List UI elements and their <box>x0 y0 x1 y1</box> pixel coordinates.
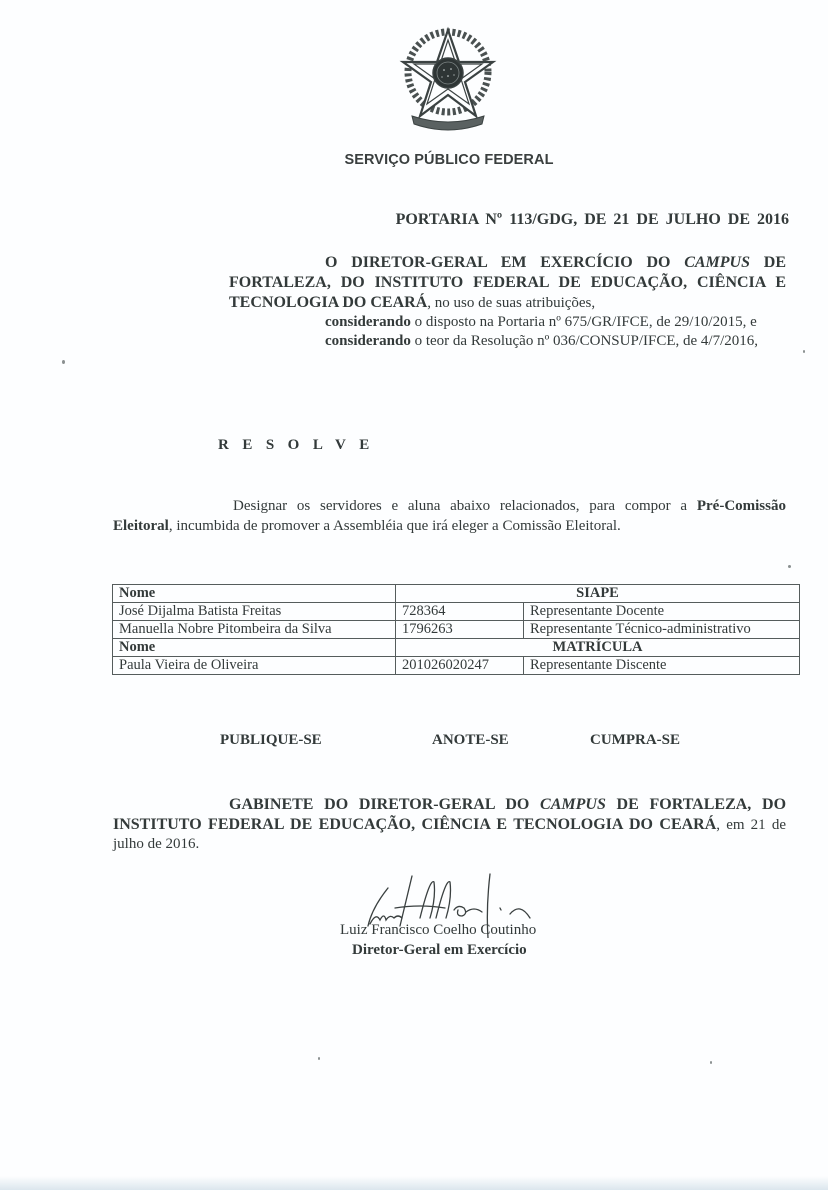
table-row: Paula Vieira de Oliveira 201026020247 Re… <box>113 657 800 675</box>
preamble: O DIRETOR-GERAL EM EXERCÍCIO DO CAMPUS D… <box>229 253 786 351</box>
considering-2-label: considerando <box>325 333 411 349</box>
closing-office: GABINETE DO DIRETOR-GERAL DO <box>229 796 540 813</box>
table-row: José Dijalma Batista Freitas 728364 Repr… <box>113 603 800 621</box>
authority-rest: , no uso de suas atribuições, <box>427 295 595 311</box>
members-table: Nome SIAPE José Dijalma Batista Freitas … <box>112 584 800 675</box>
designation-text-1: Designar os servidores e aluna abaixo re… <box>233 498 697 514</box>
member-name: Manuella Nobre Pitombeira da Silva <box>113 621 396 639</box>
member-role: Representante Discente <box>524 657 800 675</box>
scan-speck <box>710 1061 712 1064</box>
member-role: Representante Docente <box>524 603 800 621</box>
table-row: Manuella Nobre Pitombeira da Silva 17962… <box>113 621 800 639</box>
document-title: PORTARIA Nº 113/GDG, DE 21 DE JULHO DE 2… <box>322 211 789 229</box>
service-header: SERVIÇO PÚBLICO FEDERAL <box>0 152 828 168</box>
closing-campus: CAMPUS <box>540 796 606 813</box>
command-cumpra: CUMPRA-SE <box>590 732 680 749</box>
designation-text-2: , incumbida de promover a Assembléia que… <box>169 518 621 534</box>
member-name: José Dijalma Batista Freitas <box>113 603 396 621</box>
scan-speck <box>318 1057 320 1060</box>
document-page: SERVIÇO PÚBLICO FEDERAL PORTARIA Nº 113/… <box>0 0 828 1190</box>
member-id: 728364 <box>396 603 524 621</box>
considering-1-label: considerando <box>325 314 411 330</box>
scan-speck <box>788 565 791 568</box>
header-name: Nome <box>113 639 396 657</box>
brazil-coat-of-arms-icon <box>398 24 498 136</box>
considering-1-text: o disposto na Portaria nº 675/GR/IFCE, d… <box>411 314 757 330</box>
scan-speck <box>62 360 65 364</box>
header-siape: SIAPE <box>396 585 800 603</box>
member-id: 1796263 <box>396 621 524 639</box>
table-header-row: Nome SIAPE <box>113 585 800 603</box>
header-name: Nome <box>113 585 396 603</box>
signer-name: Luiz Francisco Coelho Coutinho <box>340 922 536 939</box>
closing-paragraph: GABINETE DO DIRETOR-GERAL DO CAMPUS DE F… <box>113 795 786 854</box>
table-header-row: Nome MATRÍCULA <box>113 639 800 657</box>
resolve-heading: RESOLVE <box>218 437 383 454</box>
member-id: 201026020247 <box>396 657 524 675</box>
signer-role: Diretor-Geral em Exercício <box>352 942 527 959</box>
designation-paragraph: Designar os servidores e aluna abaixo re… <box>113 496 786 536</box>
command-anote: ANOTE-SE <box>432 732 509 749</box>
command-publique: PUBLIQUE-SE <box>220 732 322 749</box>
header-matricula: MATRÍCULA <box>396 639 800 657</box>
authority-text: O DIRETOR-GERAL EM EXERCÍCIO DO <box>325 254 684 271</box>
authority-campus: CAMPUS <box>684 254 750 271</box>
considering-2-text: o teor da Resolução nº 036/CONSUP/IFCE, … <box>411 333 758 349</box>
scan-edge <box>0 1176 828 1190</box>
member-role: Representante Técnico-administrativo <box>524 621 800 639</box>
member-name: Paula Vieira de Oliveira <box>113 657 396 675</box>
scan-speck <box>803 350 805 353</box>
